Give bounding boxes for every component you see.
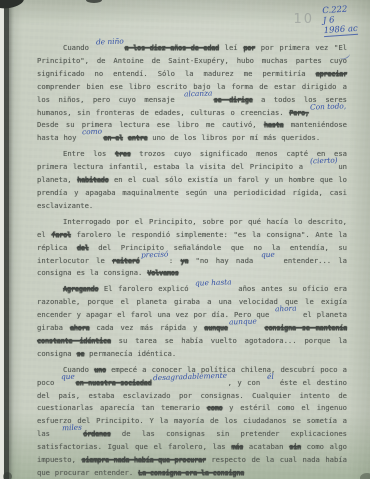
- struck-out-text: Pero,: [289, 108, 309, 117]
- struck-out-text: tres: [115, 149, 131, 158]
- struck-out-text: entre: [128, 133, 148, 142]
- struck-out-text: del: [77, 243, 89, 252]
- struck-out-text: Agregando: [63, 284, 98, 293]
- typed-segment: cada vez más rápida y: [89, 323, 204, 332]
- typed-segment: uno de los libros por mí más queridos.: [147, 133, 320, 142]
- archival-annotation: C.222 J 6 1986 ac: [322, 4, 358, 37]
- struck-out-text: por: [243, 43, 255, 52]
- handwritten-correction: precisó: [141, 254, 168, 255]
- typed-segment: Desde su primera lectura ese libro me ca…: [37, 120, 264, 129]
- typed-segment: El farolero explicó: [98, 284, 194, 293]
- struck-out-text: como: [207, 403, 223, 412]
- struck-out-text: farol: [51, 230, 71, 239]
- handwritten-correction: miles: [62, 428, 82, 429]
- struck-out-text: en el: [103, 133, 123, 142]
- handwritten-correction: que hasta: [195, 283, 232, 284]
- handwritten-correction: alcanza: [184, 93, 212, 94]
- struck-out-text: apreciar: [316, 69, 347, 78]
- typed-segment: Cuando: [63, 43, 95, 52]
- typed-segment: "no hay nada: [188, 256, 260, 265]
- struck-out-text: órdenes: [83, 429, 111, 438]
- struck-out-text: hasta: [264, 120, 284, 129]
- handwritten-correction: aunque: [229, 322, 257, 323]
- struck-out-text: aunque: [204, 323, 228, 332]
- struck-out-text: La consigna era la consigna: [138, 468, 244, 477]
- struck-out-text: reiteró: [112, 256, 140, 265]
- struck-out-text: a los diez años de edad: [124, 43, 219, 52]
- handwritten-correction: como: [82, 132, 102, 133]
- typed-segment: Entre los: [63, 149, 115, 158]
- struck-out-text: Volvamos: [147, 268, 178, 277]
- struck-out-text: habitado: [77, 175, 108, 184]
- struck-out-text: sin: [289, 442, 301, 451]
- handwritten-correction: desagradablemente: [153, 375, 227, 378]
- paragraph: Interrogado por el Principito, sobre por…: [37, 216, 347, 281]
- manuscript-page: 10 C.222 J 6 1986 ac Cuando de niñoa los…: [0, 0, 370, 479]
- typed-segment: leí: [219, 43, 243, 52]
- scan-artifact: [86, 0, 102, 3]
- handwritten-correction: Con todo,: [310, 106, 346, 107]
- handwritten-correction: ahora: [275, 309, 297, 310]
- handwritten-correction: (cierto): [310, 161, 338, 162]
- scan-edge-shadow: [4, 0, 9, 479]
- page-number-stamp: 10: [293, 12, 314, 27]
- paragraph: Cuando uno empecé a conocer la política …: [37, 364, 347, 479]
- typed-segment: acataban: [243, 442, 289, 451]
- struck-out-text: en nuestra sociedad: [76, 378, 152, 387]
- handwritten-correction: de niño: [96, 42, 124, 43]
- paragraph: Cuando de niñoa los diez años de edad le…: [37, 42, 347, 145]
- typed-segment: permanecía idéntica.: [84, 349, 176, 358]
- paragraph: Entre los tres trozos cuyo significado m…: [37, 148, 347, 213]
- struck-out-text: ahora: [70, 323, 90, 332]
- typed-text: Cuando de niñoa los diez años de edad le…: [37, 42, 347, 479]
- paragraph: Agregando El farolero explicó que hasta …: [37, 283, 347, 360]
- typed-segment: , y con: [228, 378, 266, 387]
- struck-out-text: siempre nada había que procurar: [81, 455, 205, 464]
- typed-segment: :: [169, 256, 181, 265]
- archival-annotation-line: 1986 ac: [323, 24, 358, 37]
- scan-artifact: [3, 472, 12, 479]
- struck-out-text: más: [231, 442, 243, 451]
- struck-out-text: se dirige: [214, 95, 253, 104]
- struck-out-text: uno: [94, 365, 106, 374]
- scan-artifact: [360, 473, 370, 479]
